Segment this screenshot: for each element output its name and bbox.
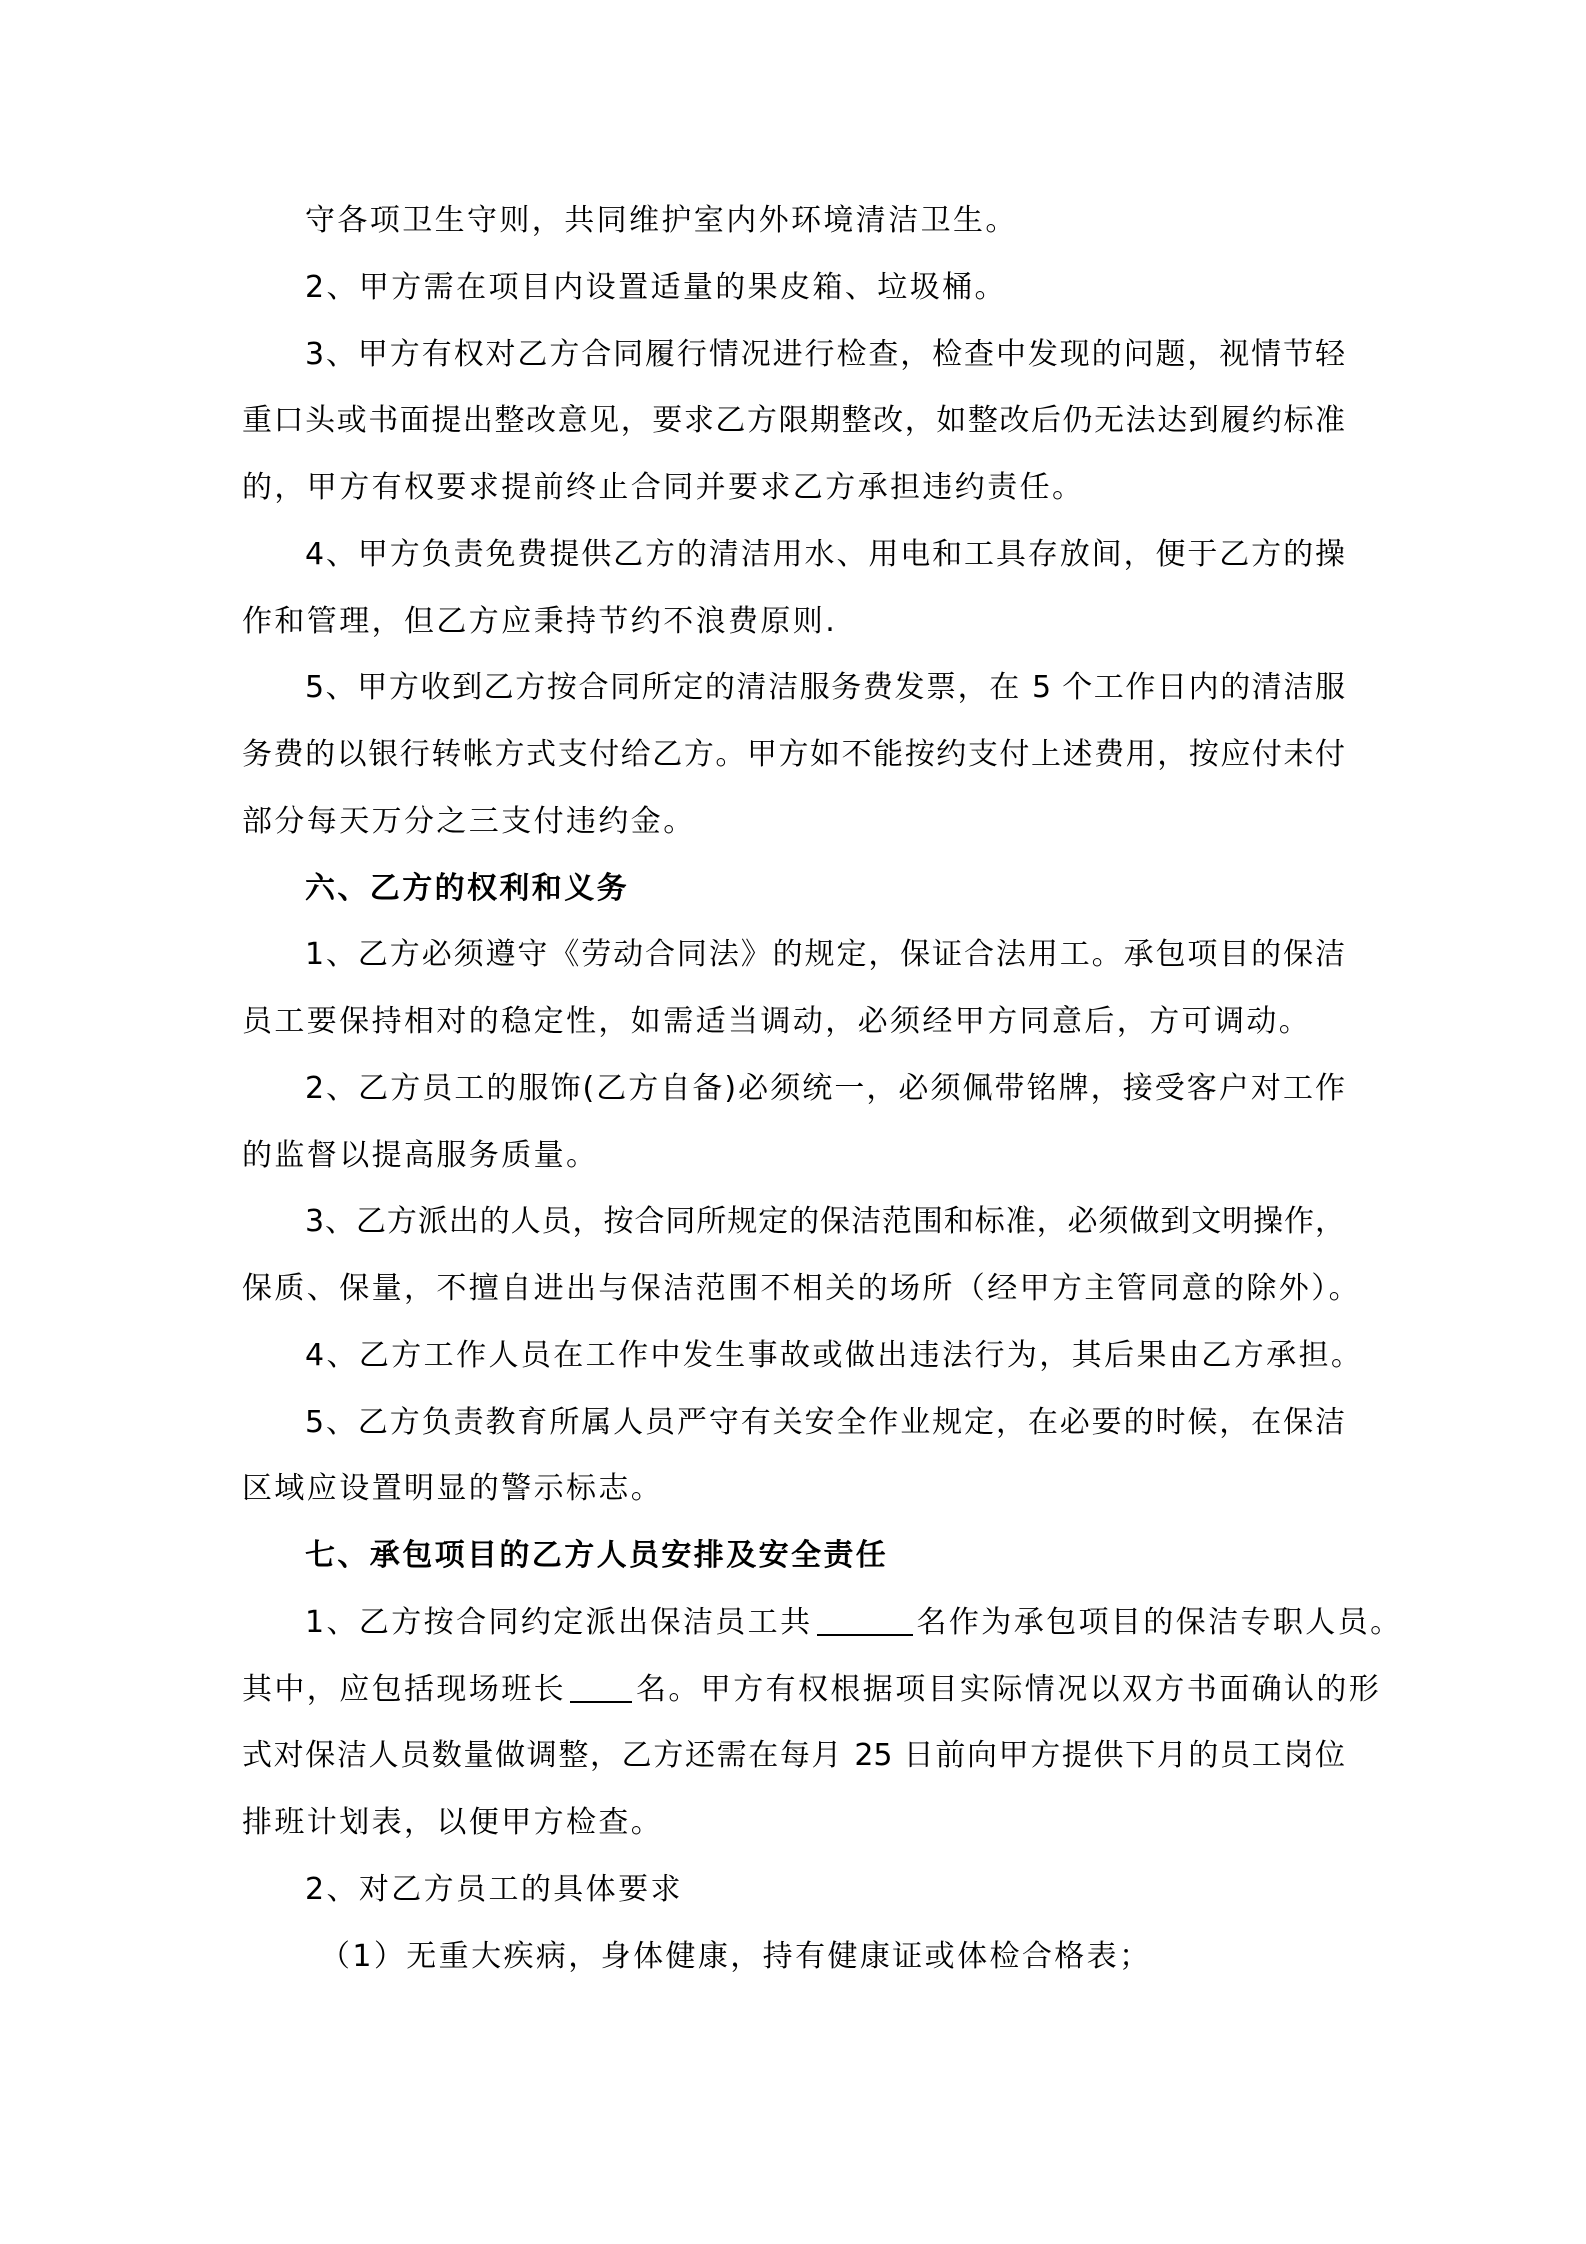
staff-count-blank[interactable] <box>817 1604 913 1636</box>
paragraph-line: 式对保洁人员数量做调整，乙方还需在每月 25 日前向甲方提供下月的员工岗位 <box>242 1723 1345 1790</box>
clause-text-before-blank: 1、乙方按合同约定派出保洁员工共 <box>305 1605 813 1640</box>
clause-yi-5: 5、乙方负责教育所属人员严守有关安全作业规定，在必要的时候，在保洁 <box>242 1390 1345 1457</box>
paragraph-line: 排班计划表，以便甲方检查。 <box>242 1790 1345 1857</box>
paragraph-line: 务费的以银行转帐方式支付给乙方。甲方如不能按约支付上述费用，按应付未付 <box>242 722 1345 789</box>
clause-jia-5: 5、甲方收到乙方按合同所定的清洁服务费发票，在 5 个工作日内的清洁服 <box>242 655 1345 722</box>
paragraph-line: 守各项卫生守则，共同维护室内外环境清洁卫生。 <box>242 188 1345 255</box>
paragraph-line: 作和管理，但乙方应秉持节约不浪费原则. <box>242 589 1345 656</box>
clause-jia-2: 2、甲方需在项目内设置适量的果皮箱、垃圾桶。 <box>242 255 1345 322</box>
requirement-item-1: （1）无重大疾病，身体健康，持有健康证或体检合格表； <box>242 1924 1345 1991</box>
paragraph-line: 部分每天万分之三支付违约金。 <box>242 789 1345 856</box>
clause-text-before-blank: 其中，应包括现场班长 <box>242 1672 566 1707</box>
paragraph-line: 员工要保持相对的稳定性，如需适当调动，必须经甲方同意后，方可调动。 <box>242 989 1345 1056</box>
clause-text-after-blank: 名作为承包项目的保洁专职人员。 <box>917 1605 1403 1640</box>
paragraph-line: 重口头或书面提出整改意见，要求乙方限期整改，如整改后仍无法达到履约标准 <box>242 388 1345 455</box>
section-heading-6: 六、乙方的权利和义务 <box>242 856 1345 923</box>
clause-yi-3: 3、乙方派出的人员，按合同所规定的保洁范围和标准，必须做到文明操作， <box>242 1189 1345 1256</box>
clause-jia-4: 4、甲方负责免费提供乙方的清洁用水、用电和工具存放间，便于乙方的操 <box>242 522 1345 589</box>
paragraph-line: 的，甲方有权要求提前终止合同并要求乙方承担违约责任。 <box>242 455 1345 522</box>
clause-yi-1: 1、乙方必须遵守《劳动合同法》的规定，保证合法用工。承包项目的保洁 <box>242 922 1345 989</box>
paragraph-line: 区域应设置明显的警示标志。 <box>242 1456 1345 1523</box>
section-heading-7: 七、承包项目的乙方人员安排及安全责任 <box>242 1523 1345 1590</box>
clause-yi-4: 4、乙方工作人员在工作中发生事故或做出违法行为，其后果由乙方承担。 <box>242 1323 1345 1390</box>
document-page: 守各项卫生守则，共同维护室内外环境清洁卫生。 2、甲方需在项目内设置适量的果皮箱… <box>0 0 1586 2244</box>
clause-jia-3: 3、甲方有权对乙方合同履行情况进行检查，检查中发现的问题，视情节轻 <box>242 322 1345 389</box>
clause-yi-2: 2、乙方员工的服饰(乙方自备)必须统一，必须佩带铭牌，接受客户对工作 <box>242 1056 1345 1123</box>
clause-text-after-blank: 名。甲方有权根据项目实际情况以双方书面确认的形 <box>636 1672 1381 1707</box>
contract-body: 守各项卫生守则，共同维护室内外环境清洁卫生。 2、甲方需在项目内设置适量的果皮箱… <box>242 188 1345 1990</box>
team-leader-count-blank[interactable] <box>570 1671 632 1703</box>
paragraph-line: 保质、保量，不擅自进出与保洁范围不相关的场所（经甲方主管同意的除外）。 <box>242 1256 1345 1323</box>
clause-staffing-1: 1、乙方按合同约定派出保洁员工共名作为承包项目的保洁专职人员。 <box>242 1590 1345 1657</box>
paragraph-line: 其中，应包括现场班长名。甲方有权根据项目实际情况以双方书面确认的形 <box>242 1657 1345 1724</box>
paragraph-line: 的监督以提高服务质量。 <box>242 1123 1345 1190</box>
clause-staffing-2: 2、对乙方员工的具体要求 <box>242 1857 1345 1924</box>
